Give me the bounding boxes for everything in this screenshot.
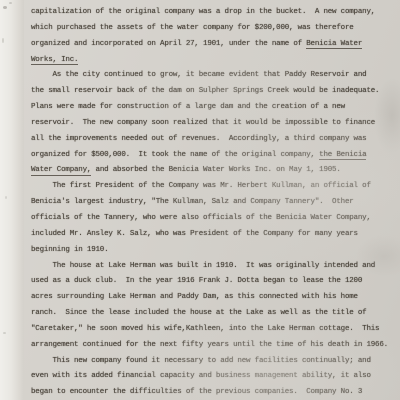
text-segment: used as a duck club. In the year 1916 Fr… [31,277,362,285]
document-line: reservoir. The new company soon realized… [31,116,396,132]
document-line: which purchased the assets of the water … [31,21,396,37]
page-left-edge [0,0,24,400]
scanned-page: capitalization of the original company w… [0,0,400,400]
document-line: included Mr. Ansley K. Salz, who was Pre… [31,227,396,243]
text-segment: and absorbed the Benicia Water Works Inc… [91,166,340,174]
underlined-text: Water Company, [31,166,91,176]
text-segment: even with its added financial capacity a… [31,372,371,380]
document-line: arrangement continued for the next fifty… [31,338,396,354]
scan-speck [9,2,12,4]
document-line: As the city continued to grow, it became… [31,68,396,84]
document-line: used as a duck club. In the year 1916 Fr… [31,274,396,290]
document-line: acres surrounding Lake Herman and Paddy … [31,290,396,306]
underlined-text: Works, Inc. [31,56,78,66]
text-segment: capitalization of the original company w… [31,8,375,16]
document-line: capitalization of the original company w… [31,5,396,21]
text-segment: This new company found it necessary to a… [31,357,371,365]
document-line: "Caretaker," he soon moved his wife,Kath… [31,322,396,338]
scan-speck [2,38,4,43]
underlined-text: the Benicia [319,151,366,161]
document-text: capitalization of the original company w… [31,5,396,400]
document-line: ranch. Since the lease included the hous… [31,306,396,322]
document-line: even with its added financial capacity a… [31,369,396,385]
document-line: officials of the Tannery, who were also … [31,211,396,227]
document-line: organized and incorporated on April 27, … [31,37,396,53]
text-segment: acres surrounding Lake Herman and Paddy … [31,293,358,301]
document-line: the small reservoir back of the dam on S… [31,84,396,100]
text-segment: ranch. Since the lease included the hous… [31,309,366,317]
document-line: Water Company, and absorbed the Benicia … [31,163,396,179]
text-segment: began to encounter the difficulties of t… [31,388,362,396]
text-segment: the small reservoir back of the dam on S… [31,87,379,95]
document-line: Benicia's largest industry, "The Kullman… [31,195,396,211]
document-line: began to encounter the difficulties of t… [31,385,396,400]
scan-speck [3,6,7,9]
document-line: Plans were made for construction of a la… [31,100,396,116]
text-segment: The house at Lake Herman was built in 19… [31,262,375,270]
underlined-text: Benicia Water [306,40,362,50]
text-segment: officials of the Tannery, who were also … [31,214,371,222]
text-segment: organized and incorporated on April 27, … [31,40,306,48]
text-segment: included Mr. Ansley K. Salz, who was Pre… [31,230,358,238]
document-line: Works, Inc. [31,53,396,69]
text-segment: arrangement continued for the next fifty… [31,341,388,349]
text-segment: all the improvements needed out of reven… [31,135,366,143]
text-segment: organized for $500,000. It took the name… [31,151,319,159]
text-segment: The first President of the Company was M… [31,182,371,190]
document-line: The house at Lake Herman was built in 19… [31,259,396,275]
text-segment: Benicia's largest industry, "The Kullman… [31,198,354,206]
document-line: The first President of the Company was M… [31,179,396,195]
document-line: all the improvements needed out of reven… [31,132,396,148]
text-segment: reservoir. The new company soon realized… [31,119,375,127]
document-line: This new company found it necessary to a… [31,354,396,370]
text-segment: As the city continued to grow, it became… [31,71,366,79]
text-segment: Plans were made for construction of a la… [31,103,345,111]
text-segment: which purchased the assets of the water … [31,24,354,32]
document-line: organized for $500,000. It took the name… [31,148,396,164]
scan-speck [5,196,7,199]
text-segment: beginning in 1910. [31,246,108,254]
text-segment: "Caretaker," he soon moved his wife,Kath… [31,325,379,333]
document-line: beginning in 1910. [31,243,396,259]
scan-speck [3,332,6,334]
